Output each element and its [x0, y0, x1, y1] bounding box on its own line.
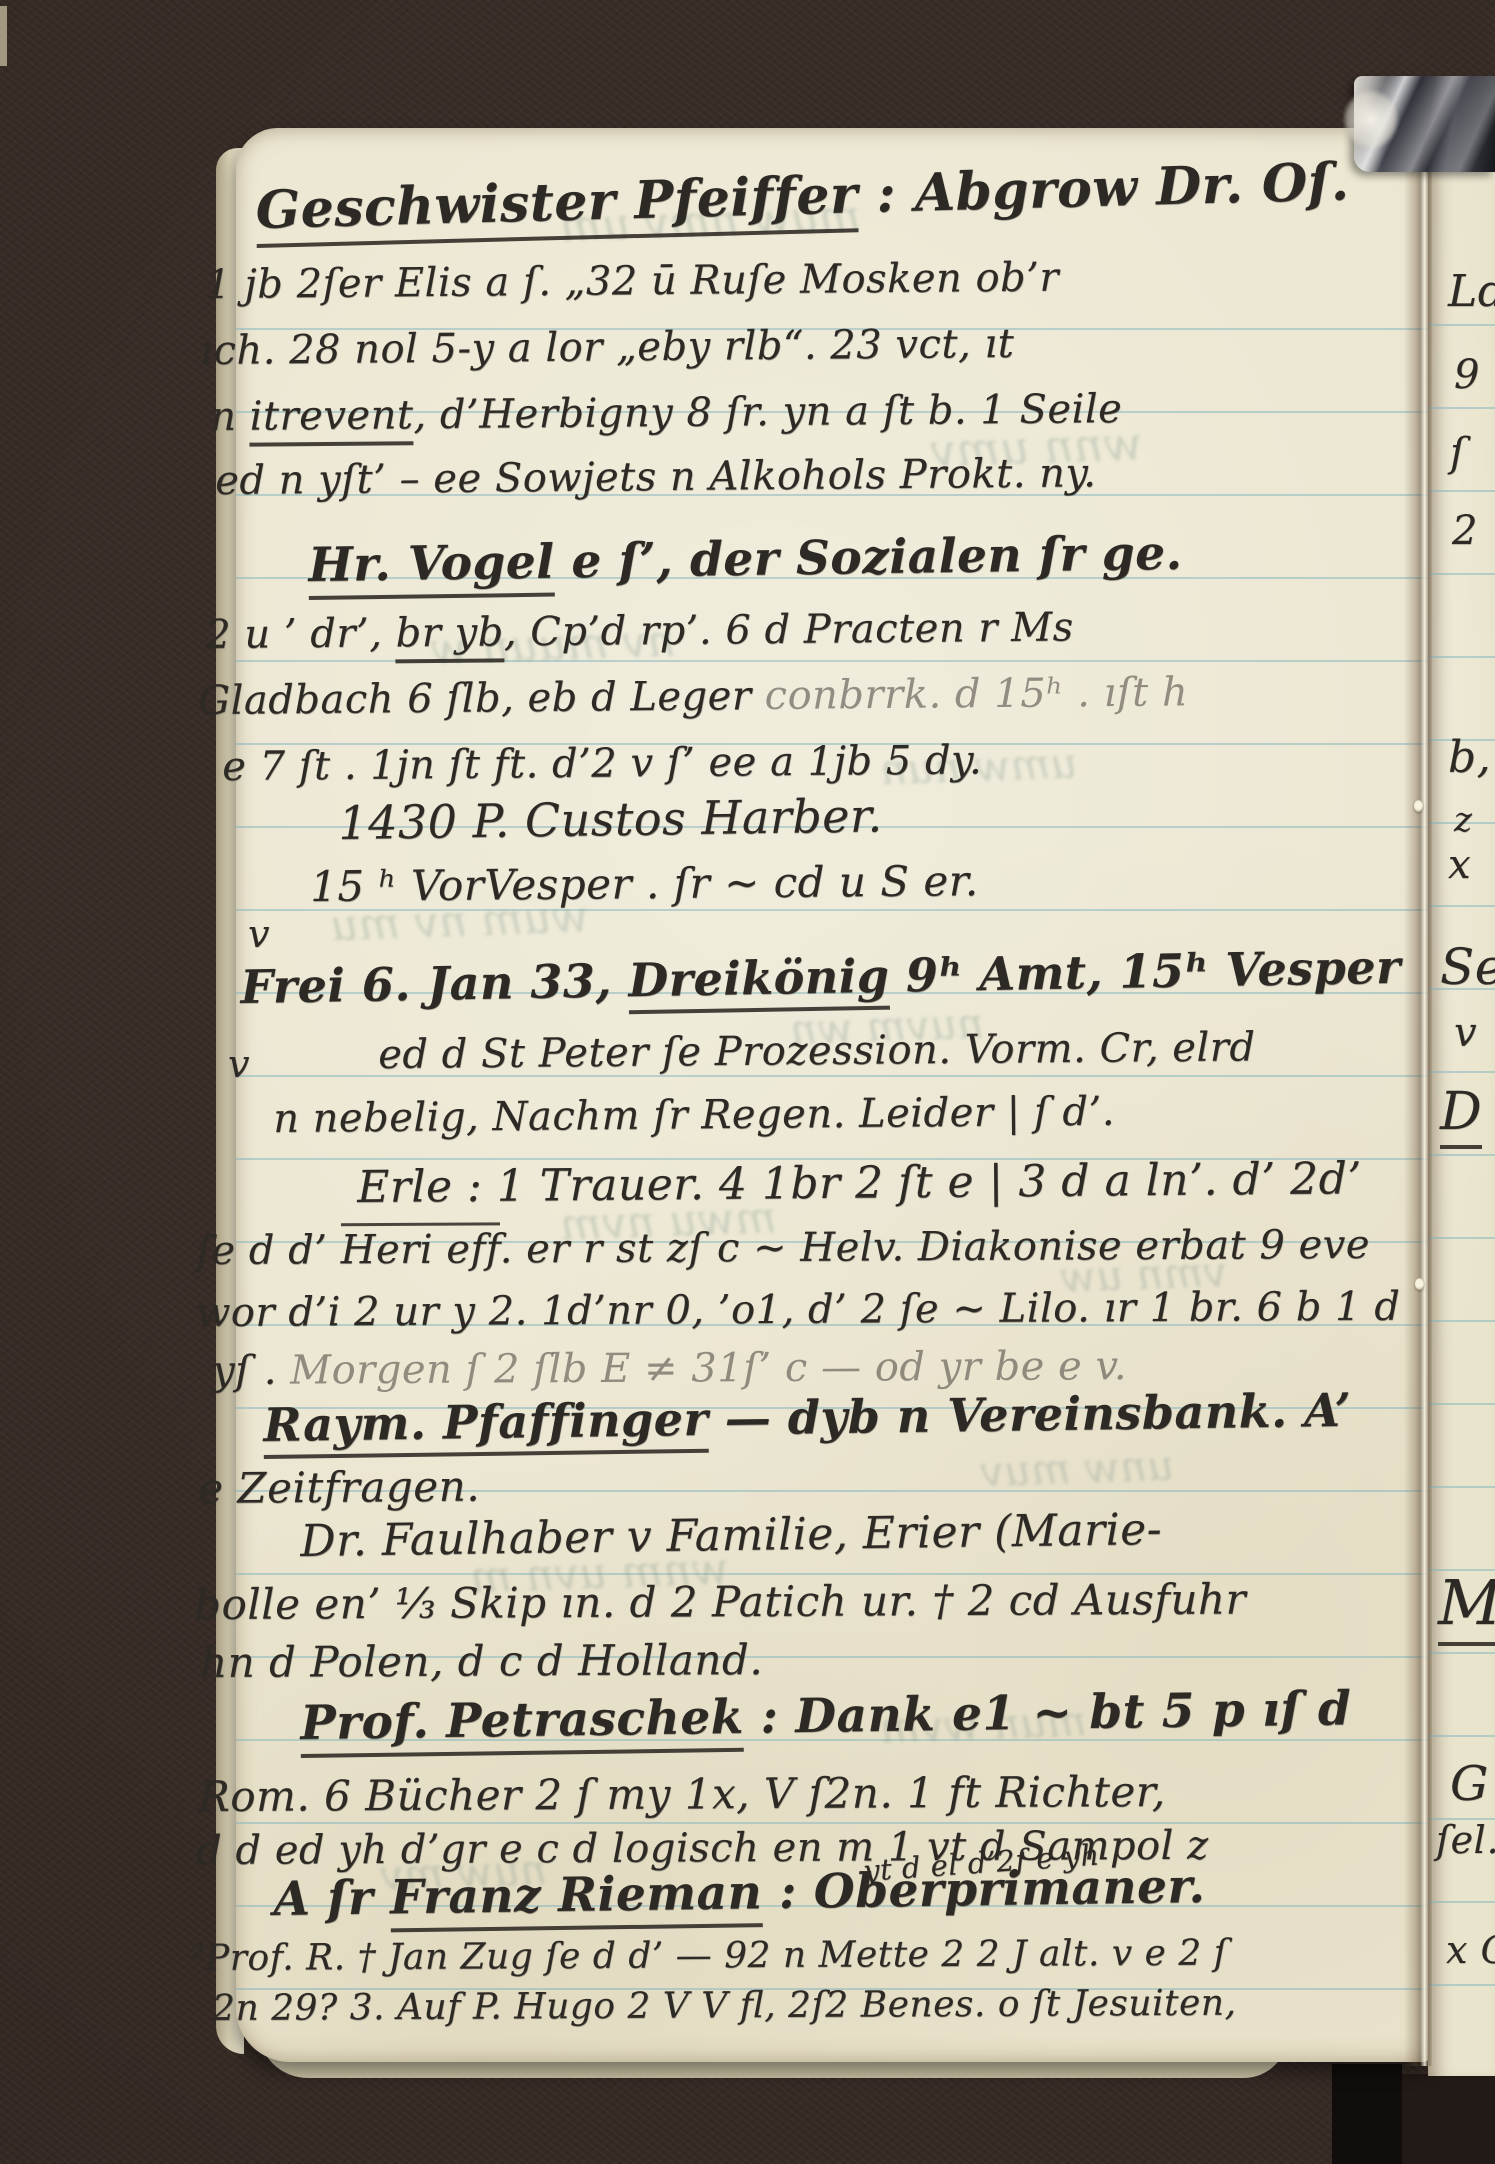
handwriting-line: b, [1448, 732, 1491, 783]
handwriting-line: Raym. Pfaffinger — dyb n Vereinsbank. A’ [263, 1383, 1352, 1452]
handwriting-line: Dr. Faulhaber v Familie, Erier (Marie- [300, 1504, 1162, 1567]
handwriting-segment: v [1454, 1010, 1477, 1056]
handwriting-segment: ſ [1450, 430, 1465, 476]
handwriting-segment: conbrrk. d 15ʰ . ıſt h [764, 669, 1188, 719]
handwriting-segment: ſe d d’ [196, 1227, 341, 1274]
handwriting-segment: x G [1446, 1928, 1495, 1972]
handwriting-line: 2 [1452, 508, 1478, 554]
handwriting-segment: : Oberprimaner. [762, 1859, 1206, 1920]
handwriting-line: x G [1446, 1928, 1495, 1972]
handwriting-line: D [1440, 1082, 1482, 1142]
handwriting-segment: Se [1440, 938, 1495, 996]
handwriting-segment: 9 [1454, 352, 1480, 398]
handwriting-segment: hn d Polen, d c d Holland. [200, 1635, 763, 1687]
handwriting-segment: D [1440, 1082, 1482, 1149]
handwriting-segment: v [228, 1042, 250, 1086]
frame-edge-notch [0, 6, 7, 66]
handwriting-line: hn d Polen, d c d Holland. [200, 1635, 763, 1687]
handwriting-line: e 7 ſt . 1jn ſt ft. d’2 v ſ’ ee a 1jb 5 … [222, 737, 982, 790]
handwriting-segment: wor d’i 2 ur y 2. 1d’nr 0, ’o1, d’ 2 ſe … [196, 1284, 1400, 1336]
handwriting-segment: Morgen ſ 2 ſlb E ≠ 31ſ’ c — od yr be e v… [290, 1343, 1127, 1393]
handwriting-line: Erle : 1 Trauer. 4 1br 2 ſt e | 3 d a ln… [357, 1153, 1362, 1213]
handwriting-segment: , Cp’d rp’. 6 d Practen r Ms [504, 604, 1074, 655]
handwriting-line: A ſr Franz Rieman : Oberprimaner. [273, 1859, 1206, 1927]
handwriting-segment: — dyb n Vereinsbank. A’ [708, 1383, 1352, 1446]
handwriting-segment: yſ . [212, 1348, 290, 1394]
handwriting-line: ſ [1450, 430, 1465, 476]
handwriting-line: e Zeitfragen. [198, 1462, 480, 1513]
handwriting-segment: : Abgrow Dr. Oſ. [857, 151, 1350, 225]
handwriting-segment: 15 ʰ VorVesper . ſr ~ cd u S er. [310, 856, 979, 911]
handwriting-line: Hr. Vogel e ſ’, der Sozialen ſr ge. [308, 526, 1183, 593]
handwriting-line: z [1454, 800, 1472, 840]
handwriting-segment: 1 jb 2ſer Elis a ſ. „32 ū Ruſe Mosken ob… [205, 255, 1059, 308]
handwriting-line: ıch. 28 nol 5-y a lor „eby rlb“. 23 vct,… [200, 321, 1014, 374]
handwriting-segment: 9ʰ Amt, 15ʰ Vesper [889, 940, 1401, 1003]
handwriting-line: v [248, 912, 270, 956]
handwriting-segment: 2 u ’ dr’, [205, 610, 396, 658]
handwriting-segment: n [210, 394, 250, 440]
handwriting-segment: Erle : 1 Trauer. 4 1br 2 ſt e | 3 d a ln… [357, 1153, 1362, 1213]
handwriting-segment: itrevent [249, 392, 413, 446]
handwriting-segment: G [1450, 1756, 1489, 1812]
handwriting-segment: ²Prof. R. † Jan Zug ſe d d’ — 92 n Mette… [190, 1933, 1228, 1979]
crumpled-paper-bit [1342, 86, 1406, 160]
handwriting-segment: Heri eff [341, 1222, 500, 1273]
handwriting-line: Gladbach 6 ſlb, eb d Leger conbrrk. d 15… [198, 669, 1188, 724]
handwriting-segment: 2n 29? 3. Auf P. Hugo 2 V V ﬂ, 2ſ2 Benes… [212, 1983, 1237, 2029]
handwriting-segment: v [248, 912, 270, 956]
shadow-patch [1402, 2074, 1495, 2164]
handwriting-line: v [228, 1042, 250, 1086]
handwriting-line: Frei 6. Jan 33, Dreikönig 9ʰ Amt, 15ʰ Ve… [240, 940, 1401, 1014]
handwriting-line: 1 jb 2ſer Elis a ſ. „32 ū Ruſe Mosken ob… [205, 255, 1059, 308]
handwriting-line: Rom. 6 Bücher 2 ſ my 1x, V ſ2n. 1 ft Ric… [198, 1767, 1166, 1821]
handwriting-segment: ed d St Peter ſe Prozession. Vorm. Cr, e… [378, 1024, 1256, 1078]
handwriting-line: Geschwister Pfeiffer : Abgrow Dr. Oſ. [255, 151, 1350, 241]
handwriting-segment: Franz Rieman [390, 1865, 763, 1932]
handwriting-segment: Frei 6. Jan 33, [240, 953, 629, 1014]
handwriting-line: M [1438, 1566, 1495, 1639]
handwriting-line: ſel… [1436, 1818, 1495, 1862]
handwriting-segment: Hr. Vogel [308, 535, 555, 600]
stitch-hole [1415, 1278, 1424, 1290]
handwriting-line: wor d’i 2 ur y 2. 1d’nr 0, ’o1, d’ 2 ſe … [196, 1284, 1400, 1336]
notebook-page: muw nmv umwnn umvnv muun wumw nunwum nv … [236, 128, 1432, 2062]
handwriting-segment: Gladbach 6 ſlb, eb d Leger [198, 673, 765, 724]
handwriting-segment: Ld [1448, 266, 1495, 317]
handwriting-segment: Dreikönig [628, 949, 890, 1015]
handwriting-segment: 1430 P. Custos Harber. [338, 788, 883, 850]
handwriting-line: Prof. Petraschek : Dank e1 ~ bt 5 p ıſ d [300, 1681, 1352, 1751]
handwriting-line: ed d St Peter ſe Prozession. Vorm. Cr, e… [378, 1024, 1256, 1078]
handwriting-segment: bolle en’ ⅓ Skip ın. d 2 Patich ur. † 2 … [194, 1574, 1246, 1629]
handwriting-segment: Raym. Pfaffinger [263, 1392, 709, 1459]
handwriting-segment: M [1438, 1566, 1495, 1646]
handwriting-line: yſ . Morgen ſ 2 ſlb E ≠ 31ſ’ c — od yr b… [212, 1343, 1127, 1394]
handwriting-line: ed n yſt’ – ee Sowjets n Alkohols Prokt.… [215, 450, 1097, 504]
bleed-through-text: unw muv [979, 1441, 1175, 1497]
handwriting-segment: ıch. 28 nol 5-y a lor „eby rlb“. 23 vct,… [200, 321, 1014, 374]
handwriting-line: 15 ʰ VorVesper . ſr ~ cd u S er. [310, 856, 979, 911]
handwriting-segment: z [1454, 800, 1472, 840]
handwriting-line: n nebelig, Nachm ſr Regen. Leider | ſ d’… [273, 1089, 1115, 1142]
handwriting-line: G [1450, 1756, 1489, 1812]
handwriting-segment: ed n yſt’ – ee Sowjets n Alkohols Prokt.… [215, 450, 1097, 504]
handwriting-line: bolle en’ ⅓ Skip ın. d 2 Patich ur. † 2 … [194, 1574, 1246, 1629]
handwriting-line: ²Prof. R. † Jan Zug ſe d d’ — 92 n Mette… [190, 1933, 1228, 1979]
stitch-hole [1414, 800, 1423, 812]
handwriting-segment: br yb [395, 609, 504, 663]
handwriting-segment: Geschwister Pfeiffer [255, 164, 859, 248]
handwriting-segment: . er r st zſ c ~ Helv. Diakonise erbat 9… [500, 1222, 1371, 1273]
facing-page-sliver: Ld9ſ2b,zxSevDMGſel…x G [1428, 146, 1495, 2076]
handwriting-segment: Rom. 6 Bücher 2 ſ my 1x, V ſ2n. 1 ft Ric… [198, 1767, 1166, 1821]
handwriting-line: 9 [1454, 352, 1480, 398]
handwriting-line: Se [1440, 938, 1495, 996]
handwriting-segment: 2 [1452, 508, 1478, 554]
handwriting-line: ſe d d’ Heri eff. er r st zſ c ~ Helv. D… [196, 1222, 1370, 1274]
handwriting-line: 2n 29? 3. Auf P. Hugo 2 V V ﬂ, 2ſ2 Benes… [212, 1983, 1237, 2029]
shadow-band [1332, 2064, 1402, 2164]
notebook-photo: muw nmv umwnn umvnv muun wumw nunwum nv … [0, 0, 1495, 2164]
handwriting-segment: A ſr [273, 1870, 390, 1927]
handwriting-segment: : Dank e1 ~ bt 5 p ıſ d [743, 1681, 1351, 1744]
handwriting-segment: , d’Herbigny 8 ſr. yn a ſt b. 1 Seile [413, 386, 1122, 438]
handwriting-segment: Prof. Petraschek [300, 1690, 744, 1758]
handwriting-segment: n nebelig, Nachm ſr Regen. Leider | ſ d’… [273, 1089, 1115, 1142]
handwriting-segment: b, [1448, 732, 1491, 783]
handwriting-line: 2 u ’ dr’, br yb, Cp’d rp’. 6 d Practen … [205, 604, 1074, 658]
handwriting-segment: e 7 ſt . 1jn ſt ft. d’2 v ſ’ ee a 1jb 5 … [222, 737, 982, 790]
handwriting-segment: unw muv [979, 1441, 1175, 1497]
handwriting-segment: Dr. Faulhaber v Familie, Erier (Marie- [300, 1504, 1162, 1567]
handwriting-segment: ſel… [1436, 1818, 1495, 1862]
handwriting-line: n itrevent, d’Herbigny 8 ſr. yn a ſt b. … [210, 386, 1123, 440]
handwriting-line: x [1448, 842, 1471, 888]
handwriting-line: v [1454, 1010, 1477, 1056]
handwriting-segment: e Zeitfragen. [198, 1462, 480, 1513]
handwriting-line: 1430 P. Custos Harber. [338, 788, 883, 850]
handwriting-line: Ld [1448, 266, 1495, 317]
handwriting-segment: e ſ’, der Sozialen ſr ge. [554, 526, 1183, 590]
handwriting-segment: x [1448, 842, 1471, 888]
